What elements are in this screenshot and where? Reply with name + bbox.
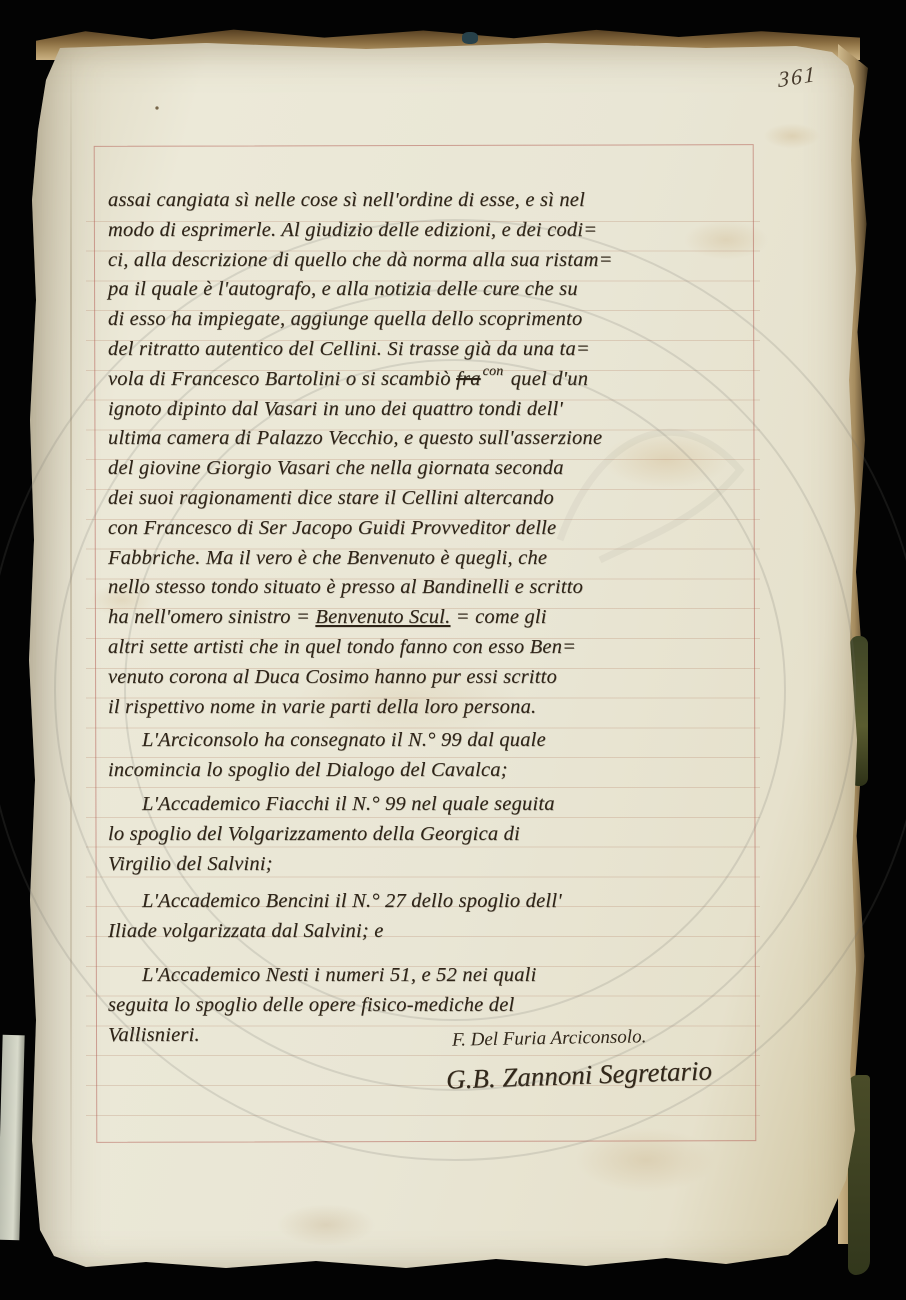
line-text: quel d'un [505,368,588,390]
manuscript-line: il rispettivo nome in varie parti della … [108,693,770,723]
manuscript-line: incomincia lo spoglio del Dialogo del Ca… [108,756,770,786]
manuscript-line: ci, alla descrizione di quello che dà no… [108,246,770,276]
manuscript-line-with-correction: vola di Francesco Bartolini o si scambiò… [108,365,770,395]
manuscript-line: ignoto dipinto dal Vasari in uno dei qua… [108,395,770,425]
page-number: 361 [778,61,817,93]
manuscript-line: L'Accademico Nesti i numeri 51, e 52 nei… [108,961,770,991]
manuscript-line: ultima camera di Palazzo Vecchio, e ques… [108,424,770,454]
manuscript-line: nello stesso tondo situato è presso al B… [108,573,770,603]
manuscript-line: L'Accademico Fiacchi il N.° 99 nel quale… [108,790,770,820]
manuscript-line: dei suoi ragionamenti dice stare il Cell… [108,484,770,514]
manuscript-line: seguita lo spoglio delle opere fisico-me… [108,991,770,1021]
manuscript-text-block: assai cangiata sì nelle cose sì nell'ord… [108,186,770,1050]
line-text: vola di Francesco Bartolini o si scambiò [108,368,456,390]
manuscript-line: del ritratto autentico del Cellini. Si t… [108,335,770,365]
manuscript-line: altri sette artisti che in quel tondo fa… [108,633,770,663]
manuscript-line: lo spoglio del Volgarizzamento della Geo… [108,820,770,850]
manuscript-line: venuto corona al Duca Cosimo hanno pur e… [108,663,770,693]
gutter-crease [70,52,72,1252]
manuscript-line: Virgilio del Salvini; [108,850,770,880]
book-top-edge-speck [462,32,478,44]
manuscript-line: con Francesco di Ser Jacopo Guidi Provve… [108,514,770,544]
manuscript-line: modo di esprimerle. Al giudizio delle ed… [108,216,770,246]
manuscript-line-with-underline: ha nell'omero sinistro = Benvenuto Scul.… [108,603,770,633]
under-page-edge [0,1035,25,1241]
underlined-name: Benvenuto Scul. [315,606,450,628]
manuscript-photo: 361 assai cangiata sì nelle cose sì nell… [0,0,906,1300]
manuscript-line: assai cangiata sì nelle cose sì nell'ord… [108,186,770,216]
manuscript-line: Fabbriche. Ma il vero è che Benvenuto è … [108,544,770,574]
manuscript-page: 361 assai cangiata sì nelle cose sì nell… [26,40,862,1277]
manuscript-line: pa il quale è l'autografo, e alla notizi… [108,275,770,305]
arciconsolo-signature: F. Del Furia Arciconsolo. [452,1026,647,1051]
manuscript-line: del giovine Giorgio Vasari che nella gio… [108,454,770,484]
line-text: = come gli [450,606,546,628]
inserted-word: con [483,357,504,387]
struck-word: fra [456,368,481,390]
manuscript-line: L'Arciconsolo ha consegnato il N.° 99 da… [108,726,770,756]
manuscript-line: Vallisnieri. [108,1021,770,1051]
manuscript-line: di esso ha impiegate, aggiunge quella de… [108,305,770,335]
manuscript-line: Iliade volgarizzata dal Salvini; e [108,917,770,947]
manuscript-line: L'Accademico Bencini il N.° 27 dello spo… [108,887,770,917]
line-text: ha nell'omero sinistro = [108,606,315,628]
